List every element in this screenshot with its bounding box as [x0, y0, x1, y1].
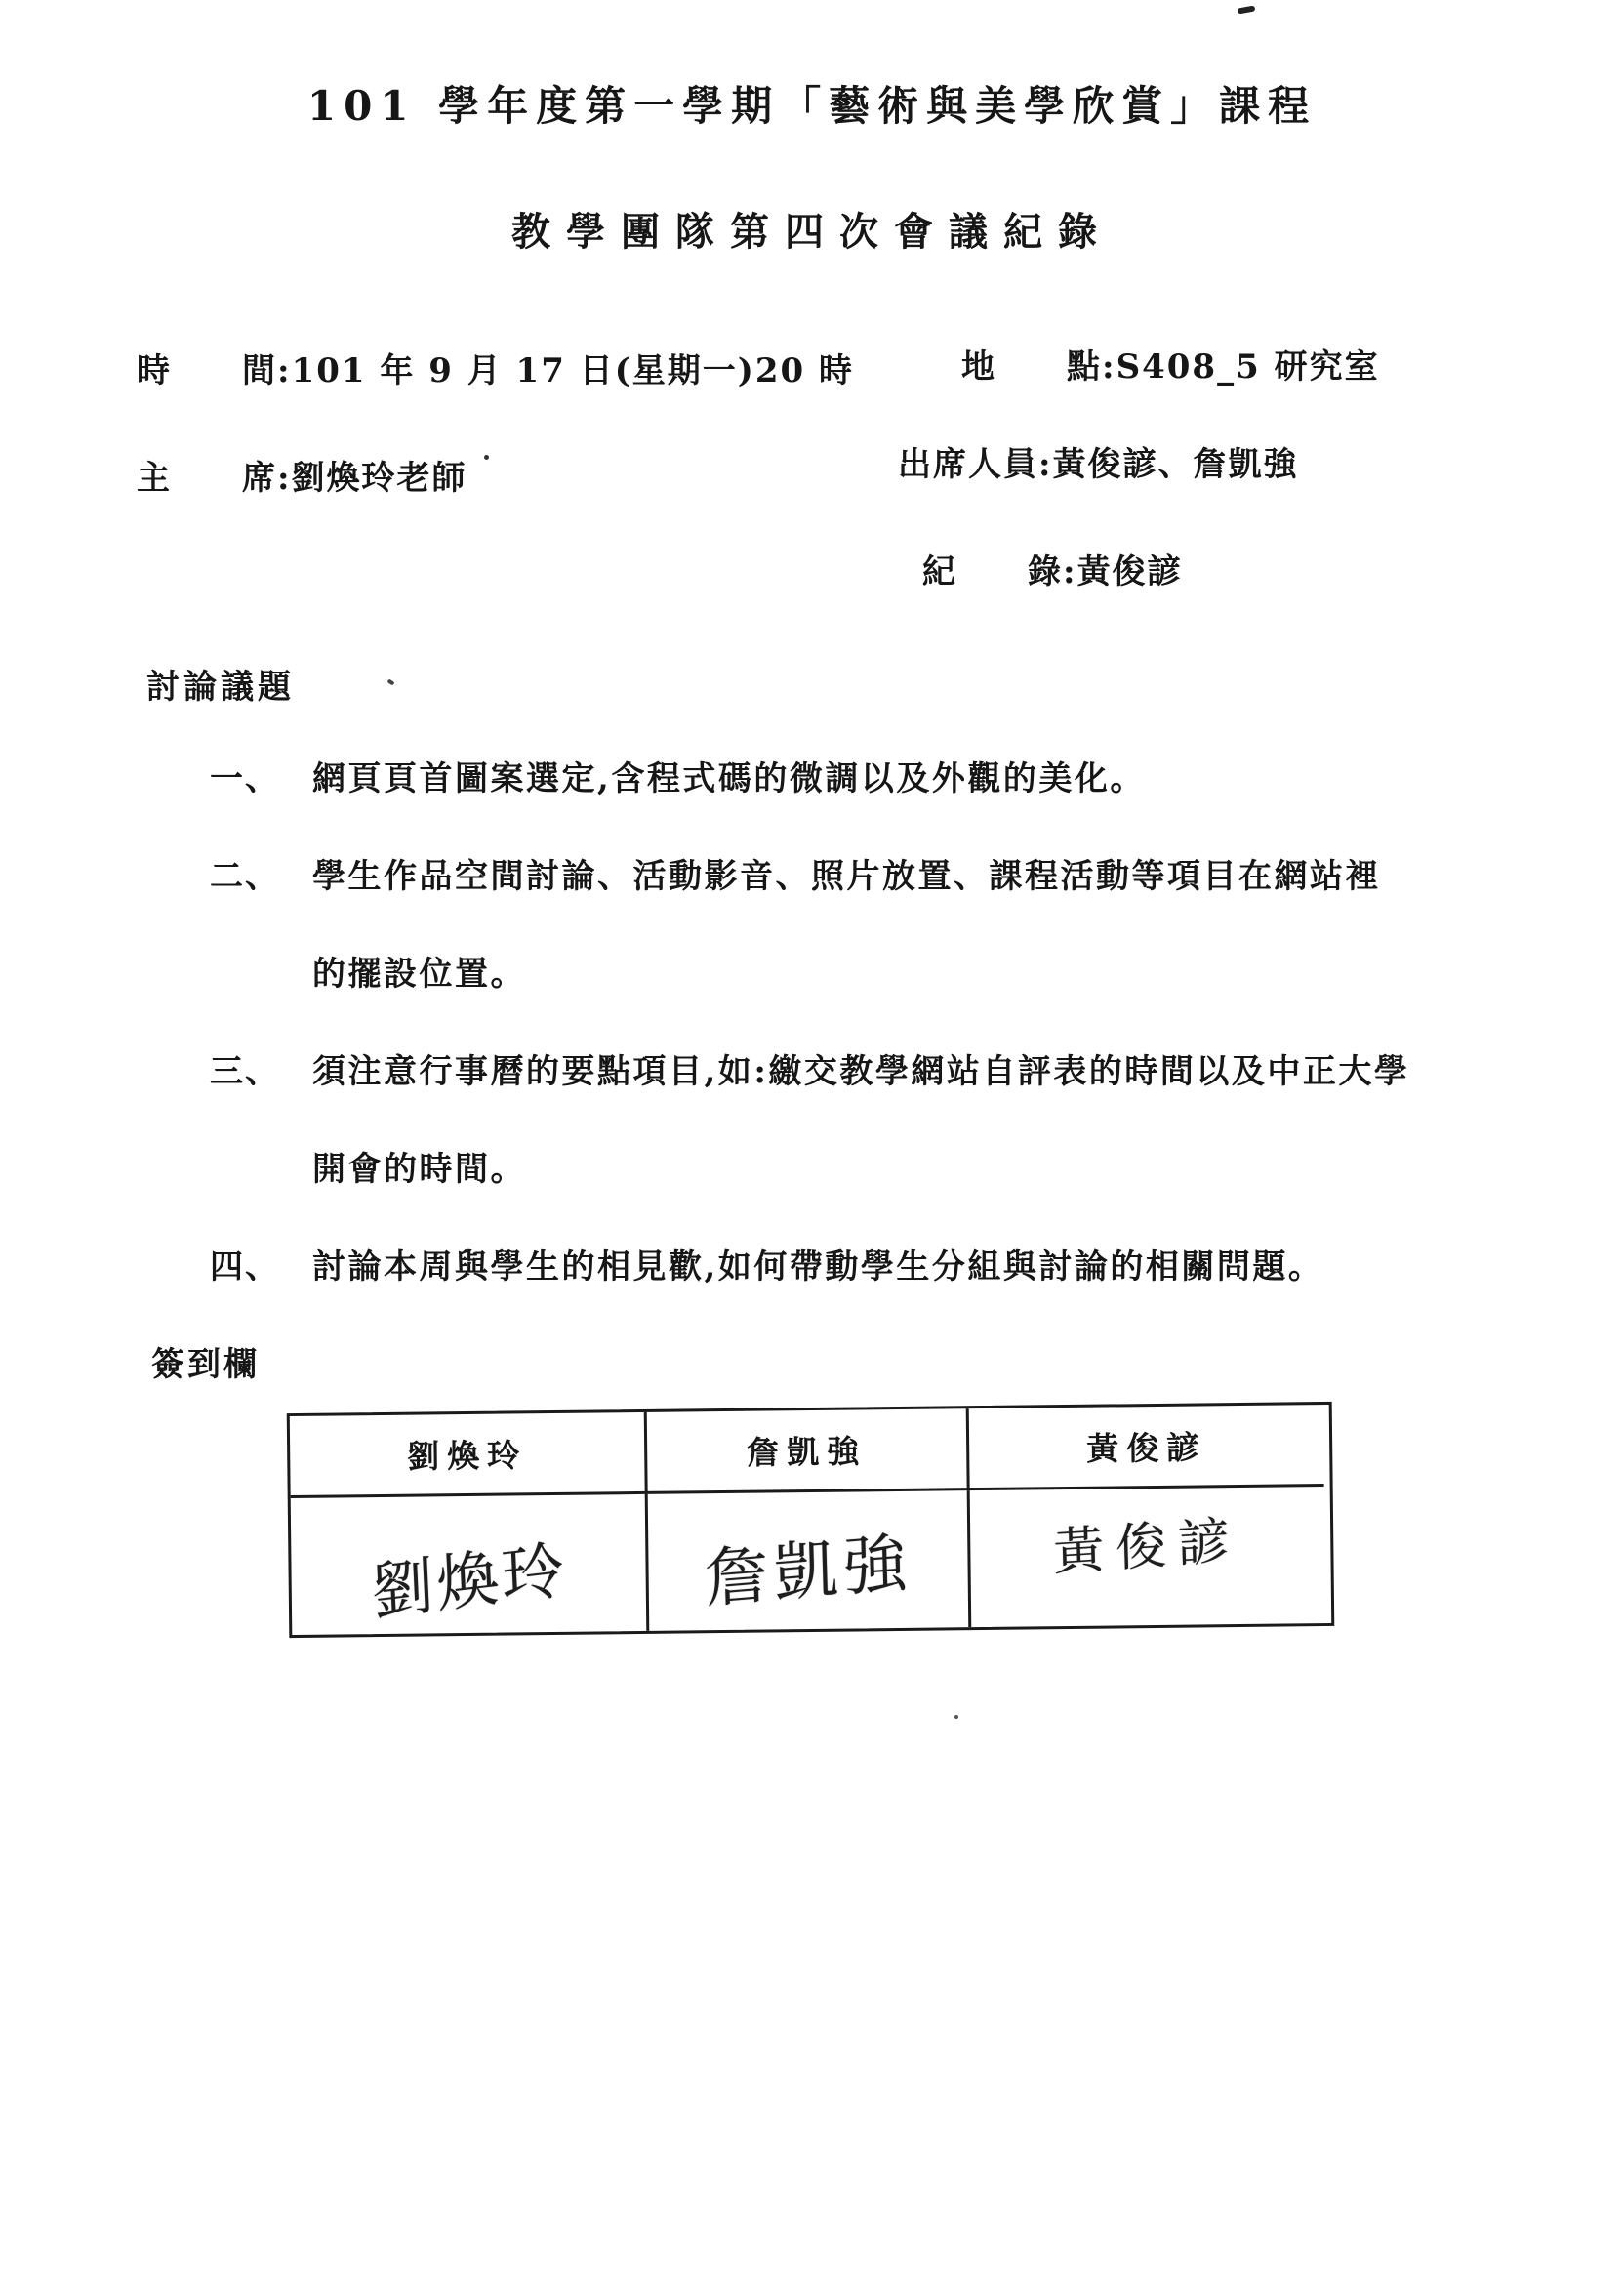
- discussion-item-2: 二、 學生作品空間討論、活動影音、照片放置、課程活動等項目在網站裡的擺設位置。: [210, 828, 1469, 1023]
- sign-in-table-signature-row: 劉煥玲 詹凱強 黃俊諺: [291, 1487, 1332, 1635]
- signature-cell-1: 劉煥玲: [291, 1494, 647, 1635]
- discussion-topics-heading: 討論議題: [146, 660, 295, 708]
- meeting-attendees: 出席人員:黃俊諺、詹凱強: [898, 437, 1299, 485]
- discussion-topics-list: 一、 網頁頁首圖案選定,含程式碼的微調以及外觀的美化。 二、 學生作品空間討論、…: [210, 730, 1469, 1316]
- meeting-chair-value: 劉煥玲老師: [292, 459, 467, 498]
- sign-in-column-header-2: 詹凱強: [644, 1408, 967, 1494]
- sign-in-table: 劉煥玲 詹凱強 黃俊諺 劉煥玲 詹凱強 黃俊諺: [287, 1402, 1335, 1638]
- handwritten-signature-2: 詹凱強: [704, 1510, 913, 1619]
- discussion-item-3: 三、 須注意行事曆的要點項目,如:繳交教學網站自評表的時間以及中正大學開會的時間…: [210, 1023, 1469, 1218]
- meeting-recorder: 紀 錄:黃俊諺: [922, 545, 1183, 592]
- discussion-item-1: 一、 網頁頁首圖案選定,含程式碼的微調以及外觀的美化。: [210, 730, 1469, 828]
- document-title-line2: 教學團隊第四次會議紀錄: [0, 201, 1624, 257]
- sign-in-column-header-3: 黃俊諺: [966, 1405, 1324, 1490]
- discussion-item-4-number: 四、: [210, 1218, 312, 1316]
- scan-artifact-dash: [1238, 5, 1256, 14]
- scan-artifact-dot: [386, 678, 394, 685]
- scan-artifact-dot: [484, 455, 489, 460]
- discussion-item-3-number: 三、: [210, 1023, 312, 1121]
- discussion-item-2-number: 二、: [210, 828, 312, 925]
- signature-cell-2: 詹凱強: [645, 1490, 969, 1631]
- meeting-time-label: 時 間:: [137, 351, 292, 390]
- sign-in-heading: 簽到欄: [151, 1337, 260, 1385]
- discussion-item-1-text: 網頁頁首圖案選定,含程式碼的微調以及外觀的美化。: [312, 730, 1415, 828]
- discussion-item-4-text: 討論本周與學生的相見歡,如何帶動學生分組與討論的相關問題。: [312, 1218, 1415, 1316]
- handwritten-signature-3: 黃俊諺: [1053, 1498, 1242, 1583]
- document-title-line1: 101 學年度第一學期「藝術與美學欣賞」課程: [0, 74, 1624, 133]
- meeting-location: 地 點:S408_5 研究室: [961, 340, 1380, 388]
- sign-in-table-header-row: 劉煥玲 詹凱強 黃俊諺: [290, 1405, 1330, 1498]
- meeting-recorder-value: 黃俊諺: [1077, 552, 1183, 592]
- scanned-meeting-minutes-page: 101 學年度第一學期「藝術與美學欣賞」課程 教學團隊第四次會議紀錄 時 間:1…: [0, 0, 1624, 2285]
- meeting-attendees-label: 出席人員:: [898, 445, 1053, 484]
- meeting-chair: 主 席:劉煥玲老師: [137, 451, 467, 499]
- sign-in-column-header-1: 劉煥玲: [290, 1412, 645, 1498]
- meeting-location-label: 地 點:: [961, 347, 1116, 387]
- scan-artifact-dot: [954, 1715, 958, 1719]
- meeting-attendees-value: 黃俊諺、詹凱強: [1053, 445, 1299, 484]
- signature-cell-3: 黃俊諺: [967, 1487, 1326, 1627]
- meeting-time: 時 間:101 年 9 月 17 日(星期一)20 時: [137, 344, 854, 391]
- handwritten-signature-1: 劉煥玲: [370, 1520, 569, 1632]
- discussion-item-3-text: 須注意行事曆的要點項目,如:繳交教學網站自評表的時間以及中正大學開會的時間。: [312, 1023, 1415, 1218]
- meeting-location-value: S408_5 研究室: [1116, 347, 1380, 387]
- meeting-time-value: 101 年 9 月 17 日(星期一)20 時: [292, 351, 854, 390]
- meeting-chair-label: 主 席:: [137, 459, 292, 498]
- meeting-recorder-label: 紀 錄:: [922, 552, 1077, 592]
- discussion-item-4: 四、 討論本周與學生的相見歡,如何帶動學生分組與討論的相關問題。: [210, 1218, 1469, 1316]
- discussion-item-1-number: 一、: [210, 730, 312, 828]
- discussion-item-2-text: 學生作品空間討論、活動影音、照片放置、課程活動等項目在網站裡的擺設位置。: [312, 828, 1415, 1023]
